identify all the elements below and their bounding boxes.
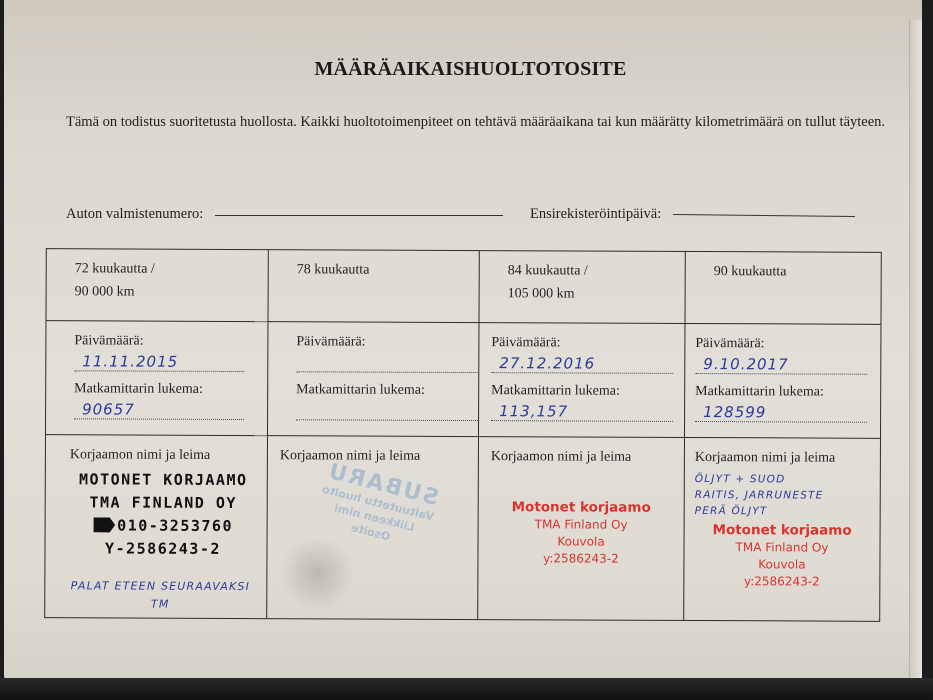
service-1-odometer[interactable]: 90657	[74, 400, 257, 419]
service-1-details: Päivämäärä: 11.11.2015 Matkamittarin luk…	[46, 321, 268, 436]
service-1-date[interactable]: 11.11.2015	[74, 352, 257, 371]
odometer-label: Matkamittarin lukema:	[695, 380, 870, 404]
workshop-stamp-red: Motonet korjaamo TMA Finland Oy Kouvola …	[478, 499, 683, 568]
date-label: Päivämäärä:	[74, 329, 257, 353]
service-1-workshop: Korjaamon nimi ja leima MOTONET KORJAAMO…	[45, 435, 268, 618]
workshop-stamp-black: MOTONET KORJAAMO TMA FINLAND OY 010-3253…	[69, 468, 256, 561]
workshop-label: Korjaamon nimi ja leima	[491, 445, 674, 469]
odometer-label: Matkamittarin lukema:	[491, 379, 674, 403]
workshop-stamp-red: Motonet korjaamo TMA Finland Oy Kouvola …	[684, 522, 879, 591]
date-label: Päivämäärä:	[491, 331, 674, 355]
service-3-interval: 84 kuukautta / 105 000 km	[479, 251, 685, 324]
handwritten-note: PALAT ETEEN SEURAAVAKSI TM	[55, 577, 265, 614]
workshop-label: Korjaamon nimi ja leima	[695, 446, 870, 470]
service-1-interval: 72 kuukautta / 90 000 km	[46, 249, 268, 322]
service-4-odometer[interactable]: 128599	[695, 403, 870, 422]
phone-icon	[93, 517, 115, 532]
page-title: MÄÄRÄAIKAISHUOLTOTOSITE	[4, 58, 933, 81]
page-edge	[909, 20, 922, 680]
service-4-details: Päivämäärä: 9.10.2017 Matkamittarin luke…	[685, 324, 880, 439]
service-3-odometer[interactable]: 113,157	[491, 402, 674, 421]
service-2-interval: 78 kuukautta	[268, 250, 479, 323]
service-3-workshop: Korjaamon nimi ja leima Motonet korjaamo…	[478, 437, 685, 620]
first-registration-field: Ensirekisteröintipäivä:	[530, 206, 855, 223]
odometer-label: Matkamittarin lukema:	[296, 378, 468, 402]
service-2-odometer[interactable]	[296, 401, 468, 420]
first-registration-label: Ensirekisteröintipäivä:	[530, 206, 661, 222]
service-3-details: Päivämäärä: 27.12.2016 Matkamittarin luk…	[479, 323, 685, 438]
date-label: Päivämäärä:	[695, 332, 870, 356]
first-registration-input-line[interactable]	[673, 213, 855, 217]
service-2-workshop: Korjaamon nimi ja leima SUBARU Valtuutet…	[267, 436, 479, 619]
date-label: Päivämäärä:	[296, 330, 468, 354]
service-4-workshop: Korjaamon nimi ja leima ÖLJYT + SUOD RAI…	[684, 438, 880, 621]
service-certificate-page: MÄÄRÄAIKAISHUOLTOTOSITE Tämä on todistus…	[4, 0, 922, 680]
vin-field: Auton valmistenumero:	[66, 206, 503, 223]
service-2-date[interactable]	[296, 353, 468, 372]
vin-label: Auton valmistenumero:	[66, 206, 203, 222]
workshop-label: Korjaamon nimi ja leima	[70, 443, 257, 467]
intro-text: Tämä on todistus suoritetusta huollosta.…	[66, 112, 896, 132]
service-4-date[interactable]: 9.10.2017	[695, 355, 870, 374]
background-surface	[0, 678, 933, 700]
vin-input-line[interactable]	[215, 214, 503, 216]
handwritten-service-notes: ÖLJYT + SUOD RAITIS, JARRUNESTE PERÄ ÖLJ…	[695, 471, 870, 520]
odometer-label: Matkamittarin lukema:	[74, 377, 257, 401]
service-2-details: Päivämäärä: Matkamittarin lukema:	[268, 322, 479, 437]
service-table: 72 kuukautta / 90 000 km 78 kuukautta 84…	[44, 248, 882, 622]
service-4-interval: 90 kuukautta	[685, 252, 880, 325]
service-3-date[interactable]: 27.12.2016	[491, 354, 674, 373]
